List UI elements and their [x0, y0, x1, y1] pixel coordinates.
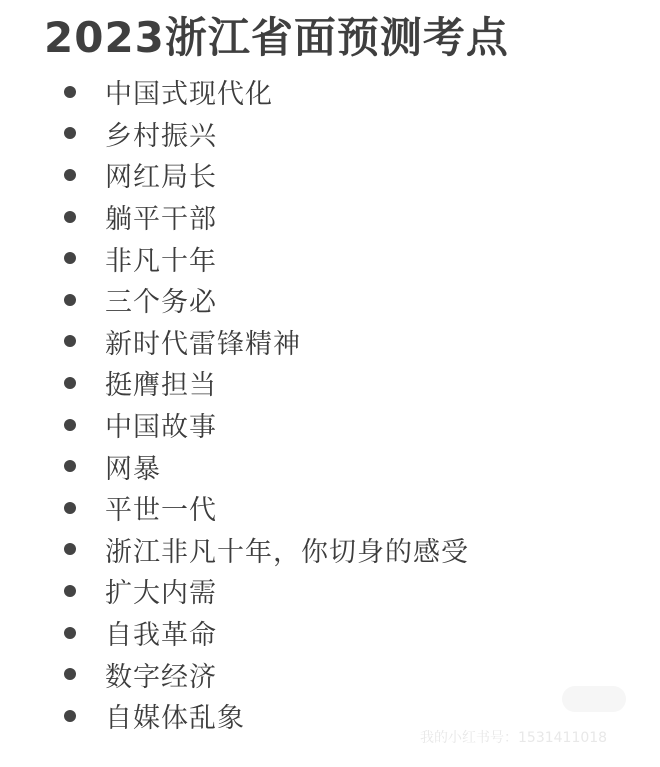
list-item-label: 数字经济: [105, 655, 217, 694]
watermark-text: 我的小红书号：1531411018: [420, 727, 607, 747]
list-item-label: 浙江非凡十年，你切身的感受: [105, 530, 469, 569]
list-item-label: 网红局长: [105, 155, 217, 194]
list-item-label: 自我革命: [105, 613, 217, 652]
list-item-label: 躺平干部: [105, 197, 217, 236]
bullet-icon: [64, 377, 76, 389]
bullet-icon: [64, 169, 76, 181]
list-item-label: 挺膺担当: [105, 363, 217, 402]
list-item-label: 三个务必: [105, 280, 217, 319]
bullet-icon: [64, 294, 76, 306]
bullet-icon: [64, 668, 76, 680]
bullet-icon: [64, 460, 76, 472]
list-item-label: 自媒体乱象: [105, 696, 245, 735]
list-item-label: 扩大内需: [105, 571, 217, 610]
list-item-label: 乡村振兴: [105, 114, 217, 153]
bullet-icon: [64, 543, 76, 555]
bullet-icon: [64, 127, 76, 139]
bullet-icon: [64, 86, 76, 98]
watermark-badge: [562, 686, 626, 712]
bullet-icon: [64, 419, 76, 431]
list-item-label: 中国故事: [105, 405, 217, 444]
bullet-icon: [64, 252, 76, 264]
list-item-label: 新时代雷锋精神: [105, 322, 301, 361]
list-item-label: 网暴: [105, 447, 161, 486]
list-item-label: 非凡十年: [105, 239, 217, 278]
bullet-icon: [64, 585, 76, 597]
list-item-label: 中国式现代化: [105, 72, 273, 111]
list-item-label: 平世一代: [105, 488, 217, 527]
bullet-icon: [64, 211, 76, 223]
page-title: 2023浙江省面预测考点: [44, 8, 509, 68]
bullet-icon: [64, 335, 76, 347]
bullet-icon: [64, 710, 76, 722]
bullet-icon: [64, 502, 76, 514]
bullet-icon: [64, 627, 76, 639]
